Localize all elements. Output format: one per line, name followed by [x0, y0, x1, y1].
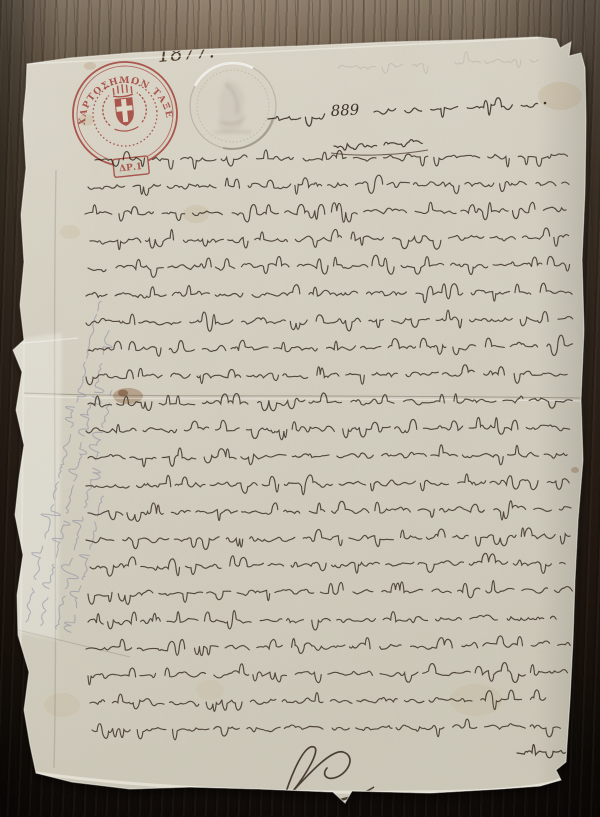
stain — [183, 205, 209, 223]
year-annotation: 1877. — [156, 38, 215, 67]
period-dot — [544, 102, 547, 105]
paper-sheet: 1877. 889 ΧΑΡΤΟΣ — [0, 0, 600, 817]
photo-of-manuscript: 1877. 889 ΧΑΡΤΟΣ — [0, 0, 600, 817]
stain — [84, 62, 96, 70]
manuscript-page: 1877. 889 ΧΑΡΤΟΣ — [0, 0, 600, 817]
stain — [450, 684, 502, 716]
document-number: 889 — [330, 100, 360, 119]
stain — [44, 693, 80, 717]
stain — [196, 680, 224, 700]
stain — [571, 467, 579, 473]
stain — [538, 82, 582, 110]
stain — [60, 225, 80, 239]
